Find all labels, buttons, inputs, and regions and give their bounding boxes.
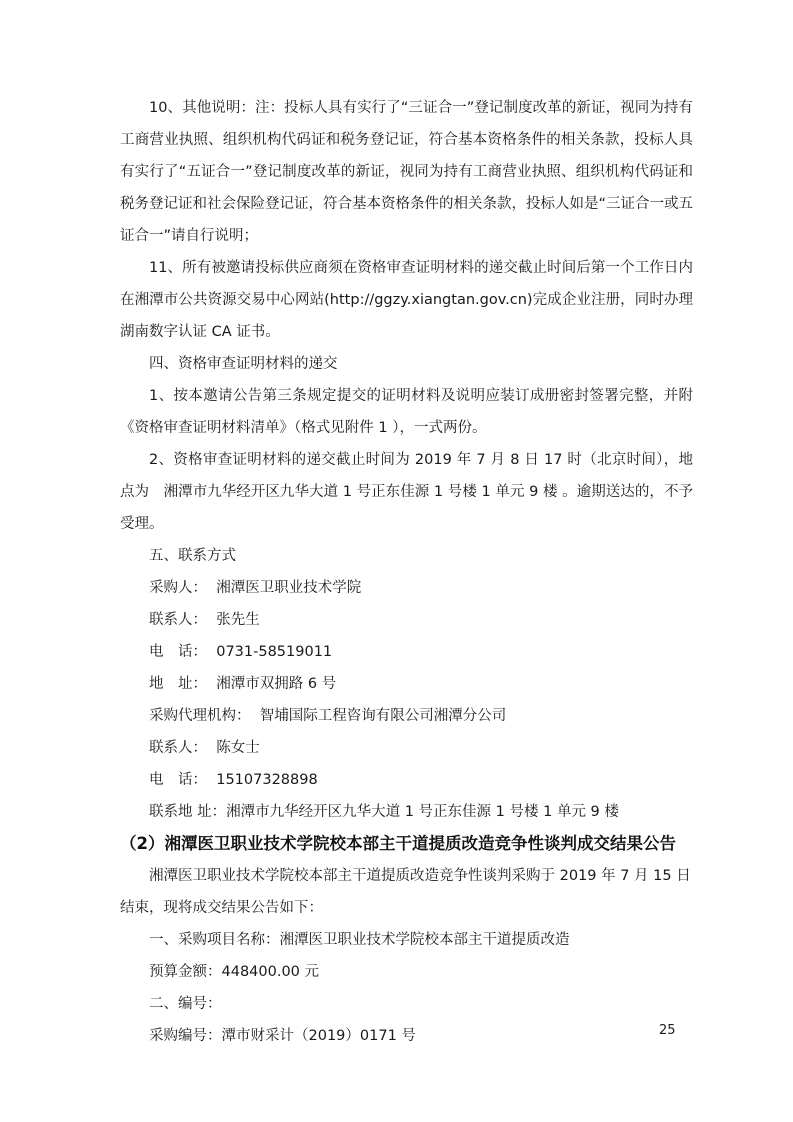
line-project-name: 一、采购项目名称：湘潭医卫职业技术学院校本部主干道提质改造 [120,924,693,956]
section-heading-four: 四、资格审查证明材料的递交 [120,348,693,380]
paragraph-submission-item-2: 2、资格审查证明材料的递交截止时间为 2019 年 7 月 8 日 17 时（北… [120,444,693,540]
line-procurement-agency: 采购代理机构： 智埔国际工程咨询有限公司湘潭分公司 [120,700,693,732]
document-content: 10、其他说明：注：投标人具有实行了“三证合一”登记制度改革的新证，视同为持有工… [120,92,693,1052]
paragraph-registration-11: 11、所有被邀请投标供应商须在资格审查证明材料的递交截止时间后第一个工作日内在湘… [120,252,693,348]
line-address-1: 地 址： 湘潭市双拥路 6 号 [120,668,693,700]
line-procurement-number: 采购编号：潭市财采计（2019）0171 号 [120,1020,693,1052]
line-contact-person-2: 联系人： 陈女士 [120,732,693,764]
section-heading-two-number: 二、编号： [120,988,693,1020]
line-phone-1: 电 话： 0731-58519011 [120,636,693,668]
section-heading-five: 五、联系方式 [120,540,693,572]
paragraph-submission-item-1: 1、按本邀请公告第三条规定提交的证明材料及说明应装订成册密封签署完整，并附《资格… [120,380,693,444]
paragraph-other-notes-10: 10、其他说明：注：投标人具有实行了“三证合一”登记制度改革的新证，视同为持有工… [120,92,693,252]
document-page: 10、其他说明：注：投标人具有实行了“三证合一”登记制度改革的新证，视同为持有工… [0,0,793,1122]
line-phone-2: 电 话： 15107328898 [120,764,693,796]
line-purchaser: 采购人： 湘潭医卫职业技术学院 [120,572,693,604]
line-contact-address: 联系地 址：湘潭市九华经开区九华大道 1 号正东佳源 1 号楼 1 单元 9 楼 [120,796,693,828]
paragraph-result-intro: 湘潭医卫职业技术学院校本部主干道提质改造竞争性谈判采购于 2019 年 7 月 … [120,860,693,924]
line-budget-amount: 预算金额：448400.00 元 [120,956,693,988]
line-contact-person-1: 联系人： 张先生 [120,604,693,636]
heading-result-announcement: （2）湘潭医卫职业技术学院校本部主干道提质改造竞争性谈判成交结果公告 [120,828,693,860]
page-number: 25 [659,1023,676,1039]
